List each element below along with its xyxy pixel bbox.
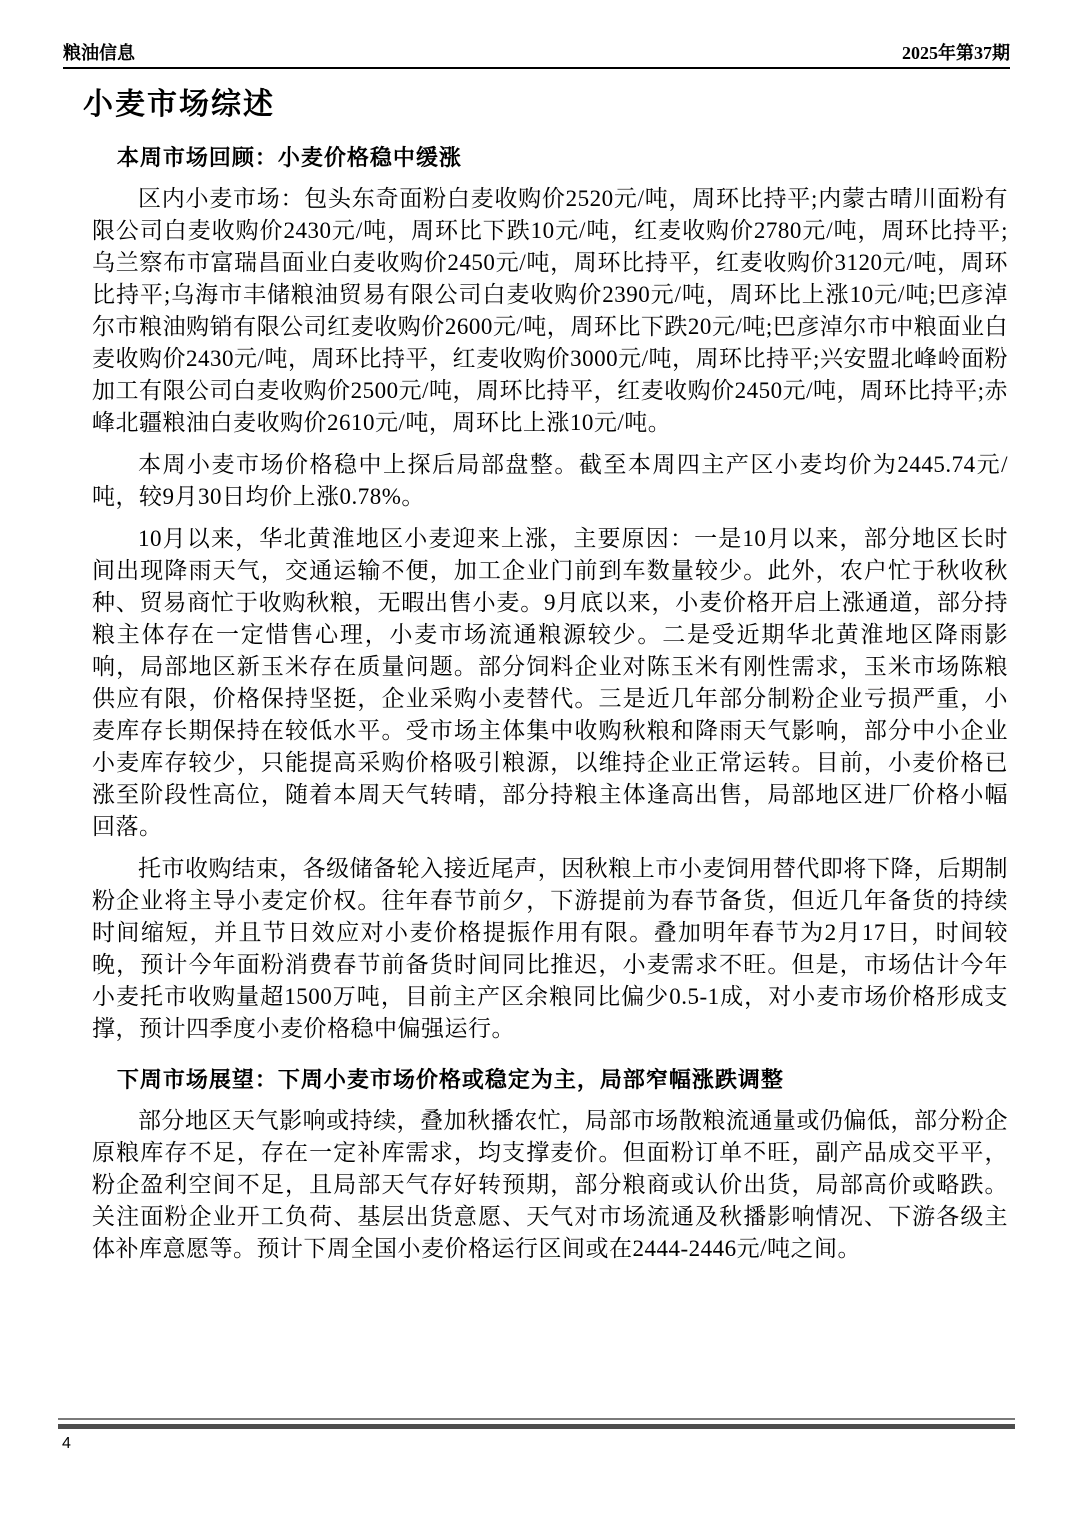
paragraph-average-price: 本周小麦市场价格稳中上探后局部盘整。截至本周四主产区小麦均价为2445.74元/…	[92, 449, 1008, 513]
page-number: 4	[62, 1435, 1015, 1453]
footer-rule-thin	[58, 1418, 1015, 1420]
footer-rule-thick	[58, 1424, 1015, 1429]
header-issue-number: 2025年第37期	[902, 42, 1010, 64]
page-footer: 4	[58, 1418, 1015, 1453]
paragraph-q4-price-outlook: 托市收购结束，各级储备轮入接近尾声，因秋粮上市小麦饲用替代即将下降，后期制粉企业…	[92, 853, 1008, 1045]
document-page: 粮油信息 2025年第37期 小麦市场综述 本周市场回顾：小麦价格稳中缓涨 区内…	[0, 0, 1075, 1518]
paragraph-next-week-forecast: 部分地区天气影响或持续，叠加秋播农忙，局部市场散粮流通量或仍偏低，部分粉企原粮库…	[92, 1105, 1008, 1265]
header-publication-title: 粮油信息	[63, 42, 135, 64]
page-header: 粮油信息 2025年第37期	[63, 42, 1010, 69]
section-heading-next-week-outlook: 下周市场展望：下周小麦市场价格或稳定为主，局部窄幅涨跌调整	[63, 1065, 1010, 1095]
paragraph-regional-wheat-prices: 区内小麦市场：包头东奇面粉白麦收购价2520元/吨，周环比持平;内蒙古晴川面粉有…	[92, 183, 1008, 439]
document-title: 小麦市场综述	[83, 87, 1010, 123]
paragraph-price-rise-reasons: 10月以来，华北黄淮地区小麦迎来上涨，主要原因：一是10月以来，部分地区长时间出…	[92, 523, 1008, 843]
section-heading-week-review: 本周市场回顾：小麦价格稳中缓涨	[63, 143, 1010, 173]
